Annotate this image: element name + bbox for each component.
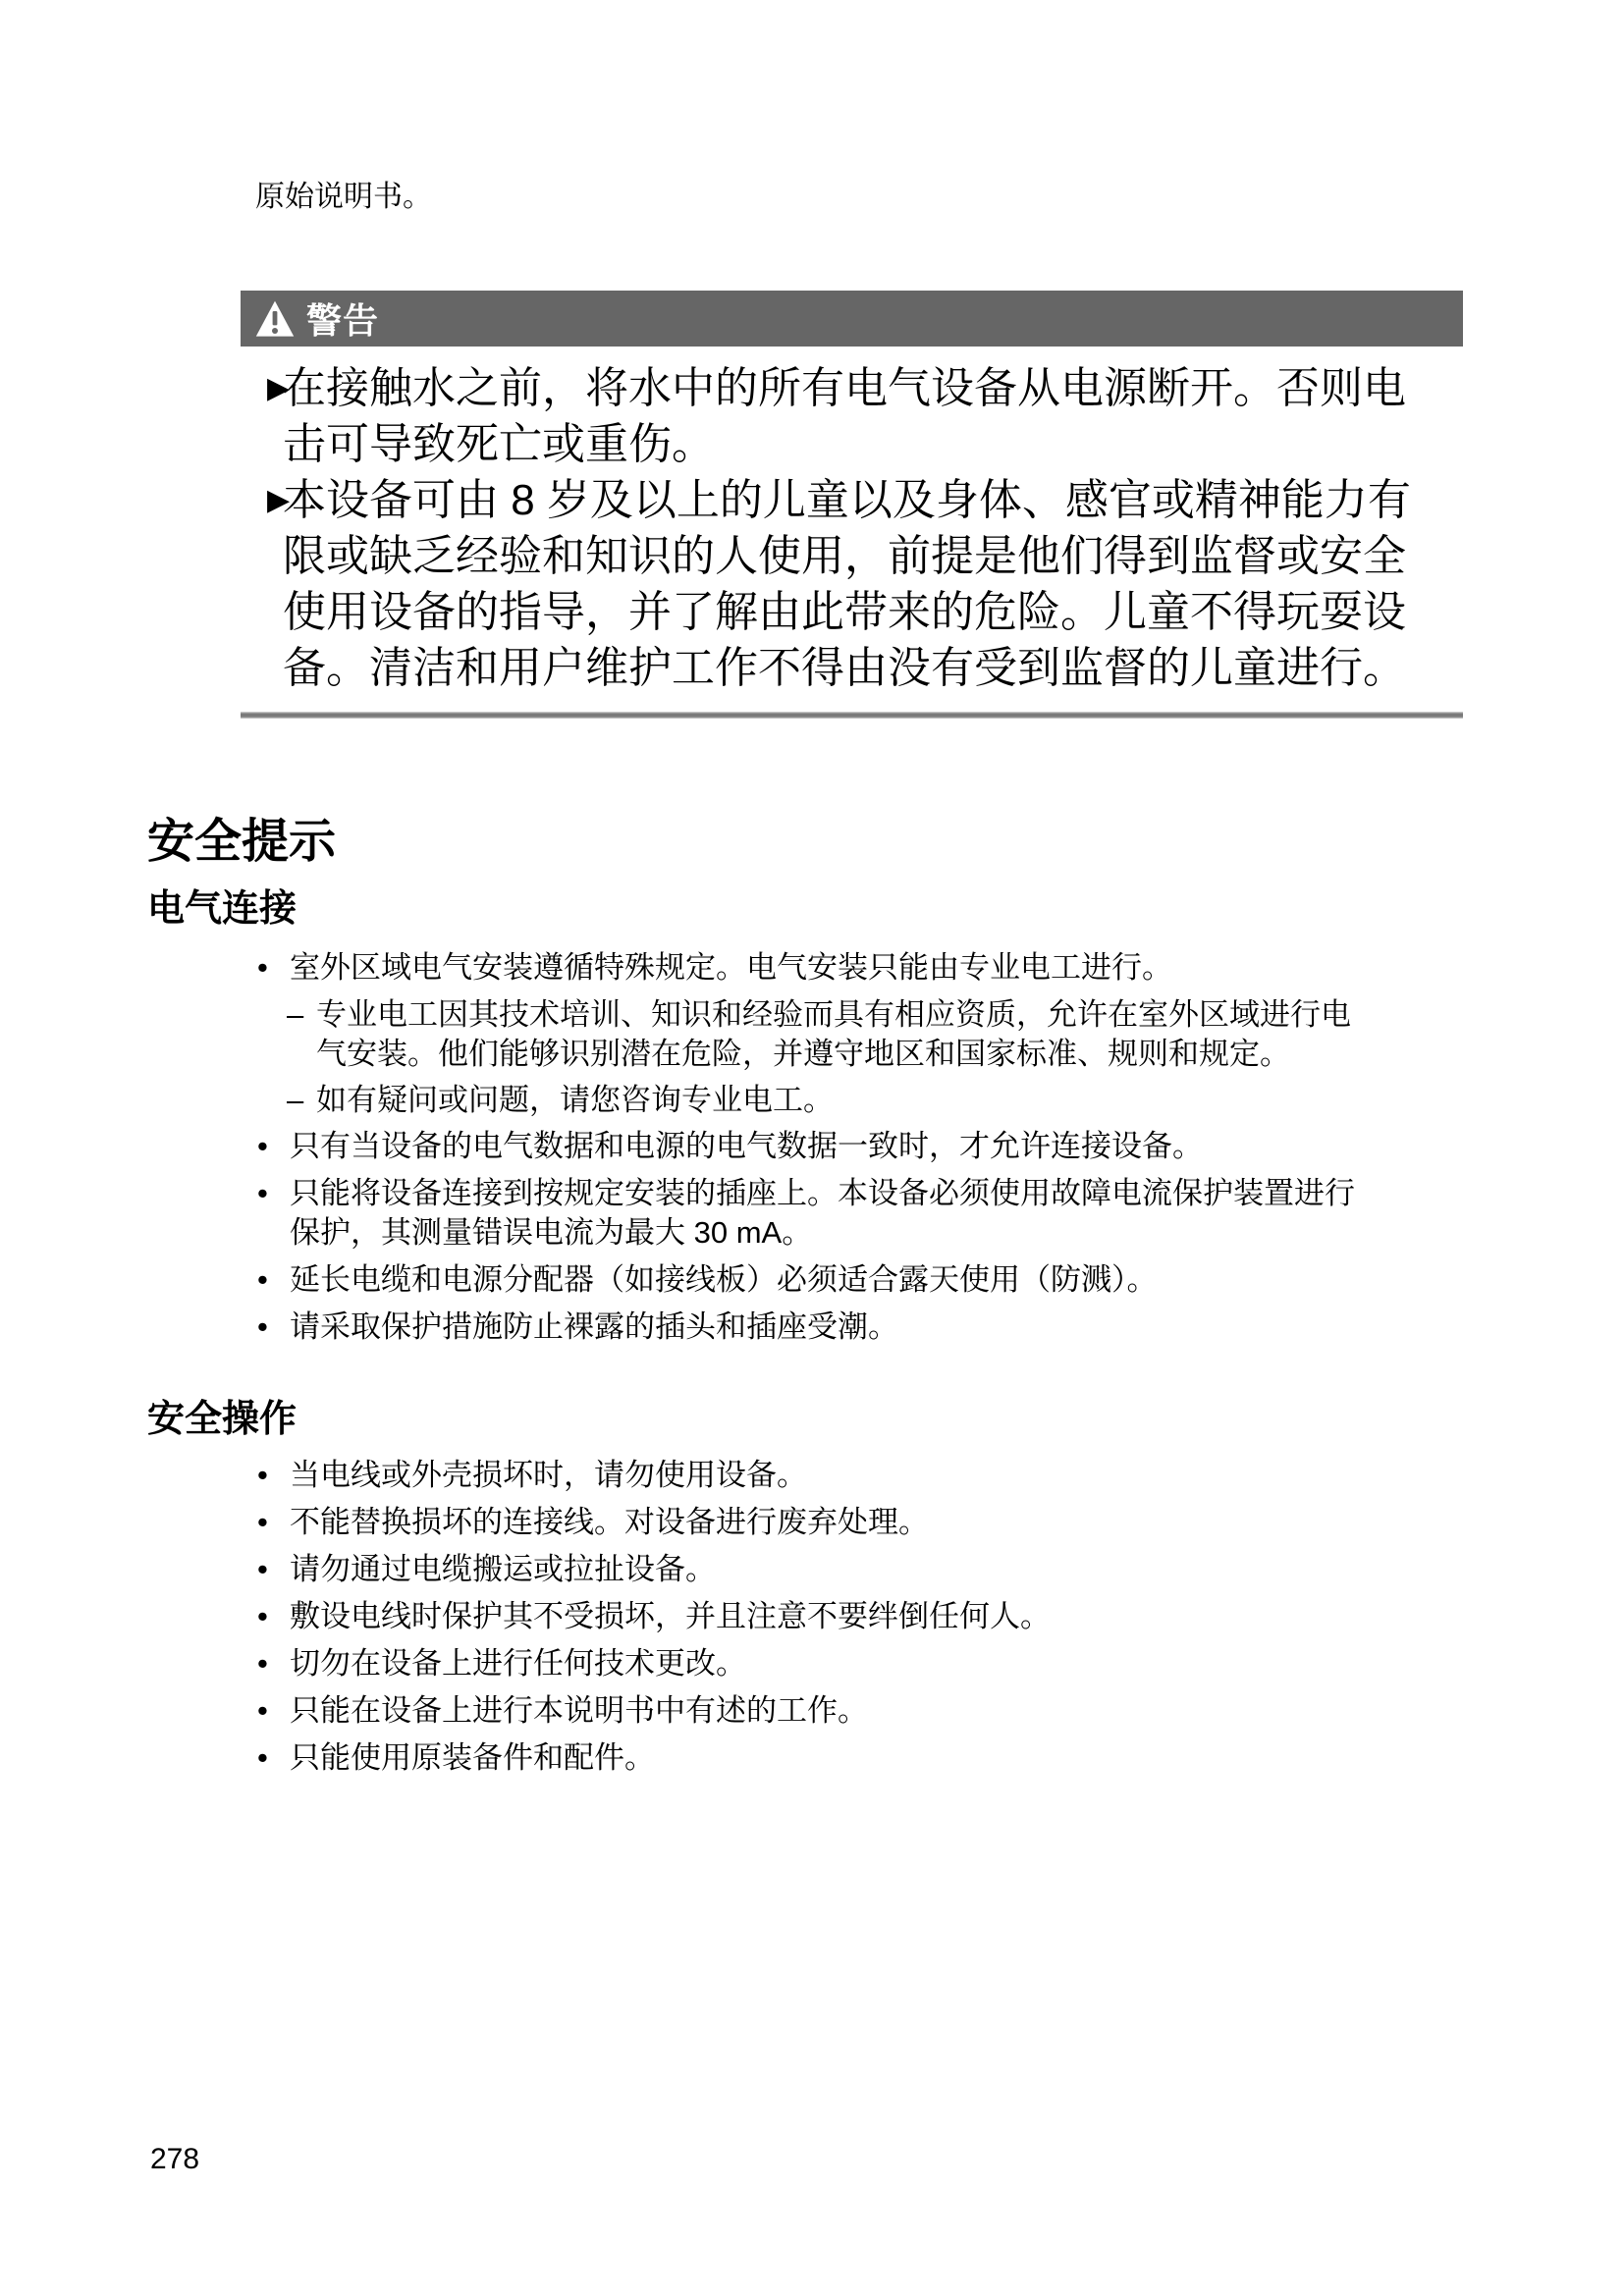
subsection-heading-operation: 安全操作 bbox=[147, 1397, 297, 1442]
bullet-marker-icon: • bbox=[257, 1691, 290, 1731]
arrow-marker-icon: ▶ bbox=[241, 360, 283, 416]
list-item: • 当电线或外壳损坏时，请勿使用设备。 bbox=[257, 1456, 1465, 1495]
warning-body: ▶ 在接触水之前，将水中的所有电气设备从电源断开。否则电 击可导致死亡或重伤。 … bbox=[241, 347, 1463, 696]
list-item: • 只有当设备的电气数据和电源的电气数据一致时，才允许连接设备。 bbox=[257, 1127, 1465, 1166]
warning-item-text: 本设备可由 8 岁及以上的儿童以及身体、感官或精神能力有 限或缺乏经验和知识的人… bbox=[283, 472, 1463, 696]
list-item: • 室外区域电气安装遵循特殊规定。电气安装只能由专业电工进行。 bbox=[257, 948, 1465, 988]
list-item: • 只能在设备上进行本说明书中有述的工作。 bbox=[257, 1691, 1465, 1731]
list-item-text: 敷设电线时保护其不受损坏，并且注意不要绊倒任何人。 bbox=[290, 1597, 1465, 1636]
bullet-marker-icon: • bbox=[257, 1174, 290, 1213]
list-item: • 请采取保护措施防止裸露的插头和插座受潮。 bbox=[257, 1308, 1465, 1347]
warning-box: 警告 ▶ 在接触水之前，将水中的所有电气设备从电源断开。否则电 击可导致死亡或重… bbox=[241, 291, 1463, 719]
list-item-text: 切勿在设备上进行任何技术更改。 bbox=[290, 1644, 1465, 1683]
list-item: • 请勿通过电缆搬运或拉扯设备。 bbox=[257, 1550, 1465, 1589]
list-item: • 切勿在设备上进行任何技术更改。 bbox=[257, 1644, 1465, 1683]
dash-marker-icon: – bbox=[287, 1081, 316, 1120]
list-item-text: 请采取保护措施防止裸露的插头和插座受潮。 bbox=[290, 1308, 1465, 1347]
list-item-text: 请勿通过电缆搬运或拉扯设备。 bbox=[290, 1550, 1465, 1589]
warning-header: 警告 bbox=[241, 291, 1463, 347]
manual-page: 原始说明书。 警告 ▶ 在接触水之前，将水中的所有电气设备从电源断开。否则电 击… bbox=[0, 0, 1624, 2296]
sub-list-item: – 专业电工因其技术培训、知识和经验而具有相应资质，允许在室外区域进行电 气安装… bbox=[287, 995, 1465, 1074]
arrow-marker-icon: ▶ bbox=[241, 472, 283, 528]
bullet-marker-icon: • bbox=[257, 948, 290, 988]
dash-marker-icon: – bbox=[287, 995, 316, 1035]
bullet-marker-icon: • bbox=[257, 1550, 290, 1589]
warning-item-text: 在接触水之前，将水中的所有电气设备从电源断开。否则电 击可导致死亡或重伤。 bbox=[283, 360, 1463, 472]
electrical-list: • 室外区域电气安装遵循特殊规定。电气安装只能由专业电工进行。 – 专业电工因其… bbox=[257, 948, 1465, 1355]
list-item: • 只能将设备连接到按规定安装的插座上。本设备必须使用故障电流保护装置进行 保护… bbox=[257, 1174, 1465, 1253]
page-number: 278 bbox=[150, 2143, 199, 2176]
section-title-safety: 安全提示 bbox=[147, 815, 336, 870]
warning-title: 警告 bbox=[306, 294, 379, 344]
list-item-text: 当电线或外壳损坏时，请勿使用设备。 bbox=[290, 1456, 1465, 1495]
list-item-text: 只能使用原装备件和配件。 bbox=[290, 1738, 1465, 1778]
sub-list-item-text: 专业电工因其技术培训、知识和经验而具有相应资质，允许在室外区域进行电 气安装。他… bbox=[316, 995, 1465, 1074]
operation-list: • 当电线或外壳损坏时，请勿使用设备。 • 不能替换损坏的连接线。对设备进行废弃… bbox=[257, 1456, 1465, 1786]
list-item-text: 只有当设备的电气数据和电源的电气数据一致时，才允许连接设备。 bbox=[290, 1127, 1465, 1166]
warning-bottom-rule bbox=[241, 712, 1463, 719]
warning-item: ▶ 在接触水之前，将水中的所有电气设备从电源断开。否则电 击可导致死亡或重伤。 bbox=[241, 360, 1463, 472]
warning-item: ▶ 本设备可由 8 岁及以上的儿童以及身体、感官或精神能力有 限或缺乏经验和知识… bbox=[241, 472, 1463, 696]
intro-note: 原始说明书。 bbox=[255, 180, 432, 215]
sub-list-item: – 如有疑问或问题，请您咨询专业电工。 bbox=[287, 1081, 1465, 1120]
list-item-text: 只能在设备上进行本说明书中有述的工作。 bbox=[290, 1691, 1465, 1731]
bullet-marker-icon: • bbox=[257, 1456, 290, 1495]
bullet-marker-icon: • bbox=[257, 1597, 290, 1636]
bullet-marker-icon: • bbox=[257, 1503, 290, 1542]
list-item: • 不能替换损坏的连接线。对设备进行废弃处理。 bbox=[257, 1503, 1465, 1542]
bullet-marker-icon: • bbox=[257, 1644, 290, 1683]
list-item-text: 不能替换损坏的连接线。对设备进行废弃处理。 bbox=[290, 1503, 1465, 1542]
list-item-text: 只能将设备连接到按规定安装的插座上。本设备必须使用故障电流保护装置进行 保护，其… bbox=[290, 1174, 1465, 1253]
bullet-marker-icon: • bbox=[257, 1127, 290, 1166]
list-item-text: 延长电缆和电源分配器（如接线板）必须适合露天使用（防溅）。 bbox=[290, 1260, 1465, 1300]
sub-list: – 专业电工因其技术培训、知识和经验而具有相应资质，允许在室外区域进行电 气安装… bbox=[287, 995, 1465, 1120]
warning-triangle-icon bbox=[255, 299, 295, 339]
bullet-marker-icon: • bbox=[257, 1260, 290, 1300]
subsection-heading-electrical: 电气连接 bbox=[147, 886, 297, 932]
bullet-marker-icon: • bbox=[257, 1738, 290, 1778]
sub-list-item-text: 如有疑问或问题，请您咨询专业电工。 bbox=[316, 1081, 1465, 1120]
list-item-text: 室外区域电气安装遵循特殊规定。电气安装只能由专业电工进行。 bbox=[290, 948, 1465, 988]
bullet-marker-icon: • bbox=[257, 1308, 290, 1347]
list-item: • 延长电缆和电源分配器（如接线板）必须适合露天使用（防溅）。 bbox=[257, 1260, 1465, 1300]
list-item: • 敷设电线时保护其不受损坏，并且注意不要绊倒任何人。 bbox=[257, 1597, 1465, 1636]
list-item: • 只能使用原装备件和配件。 bbox=[257, 1738, 1465, 1778]
